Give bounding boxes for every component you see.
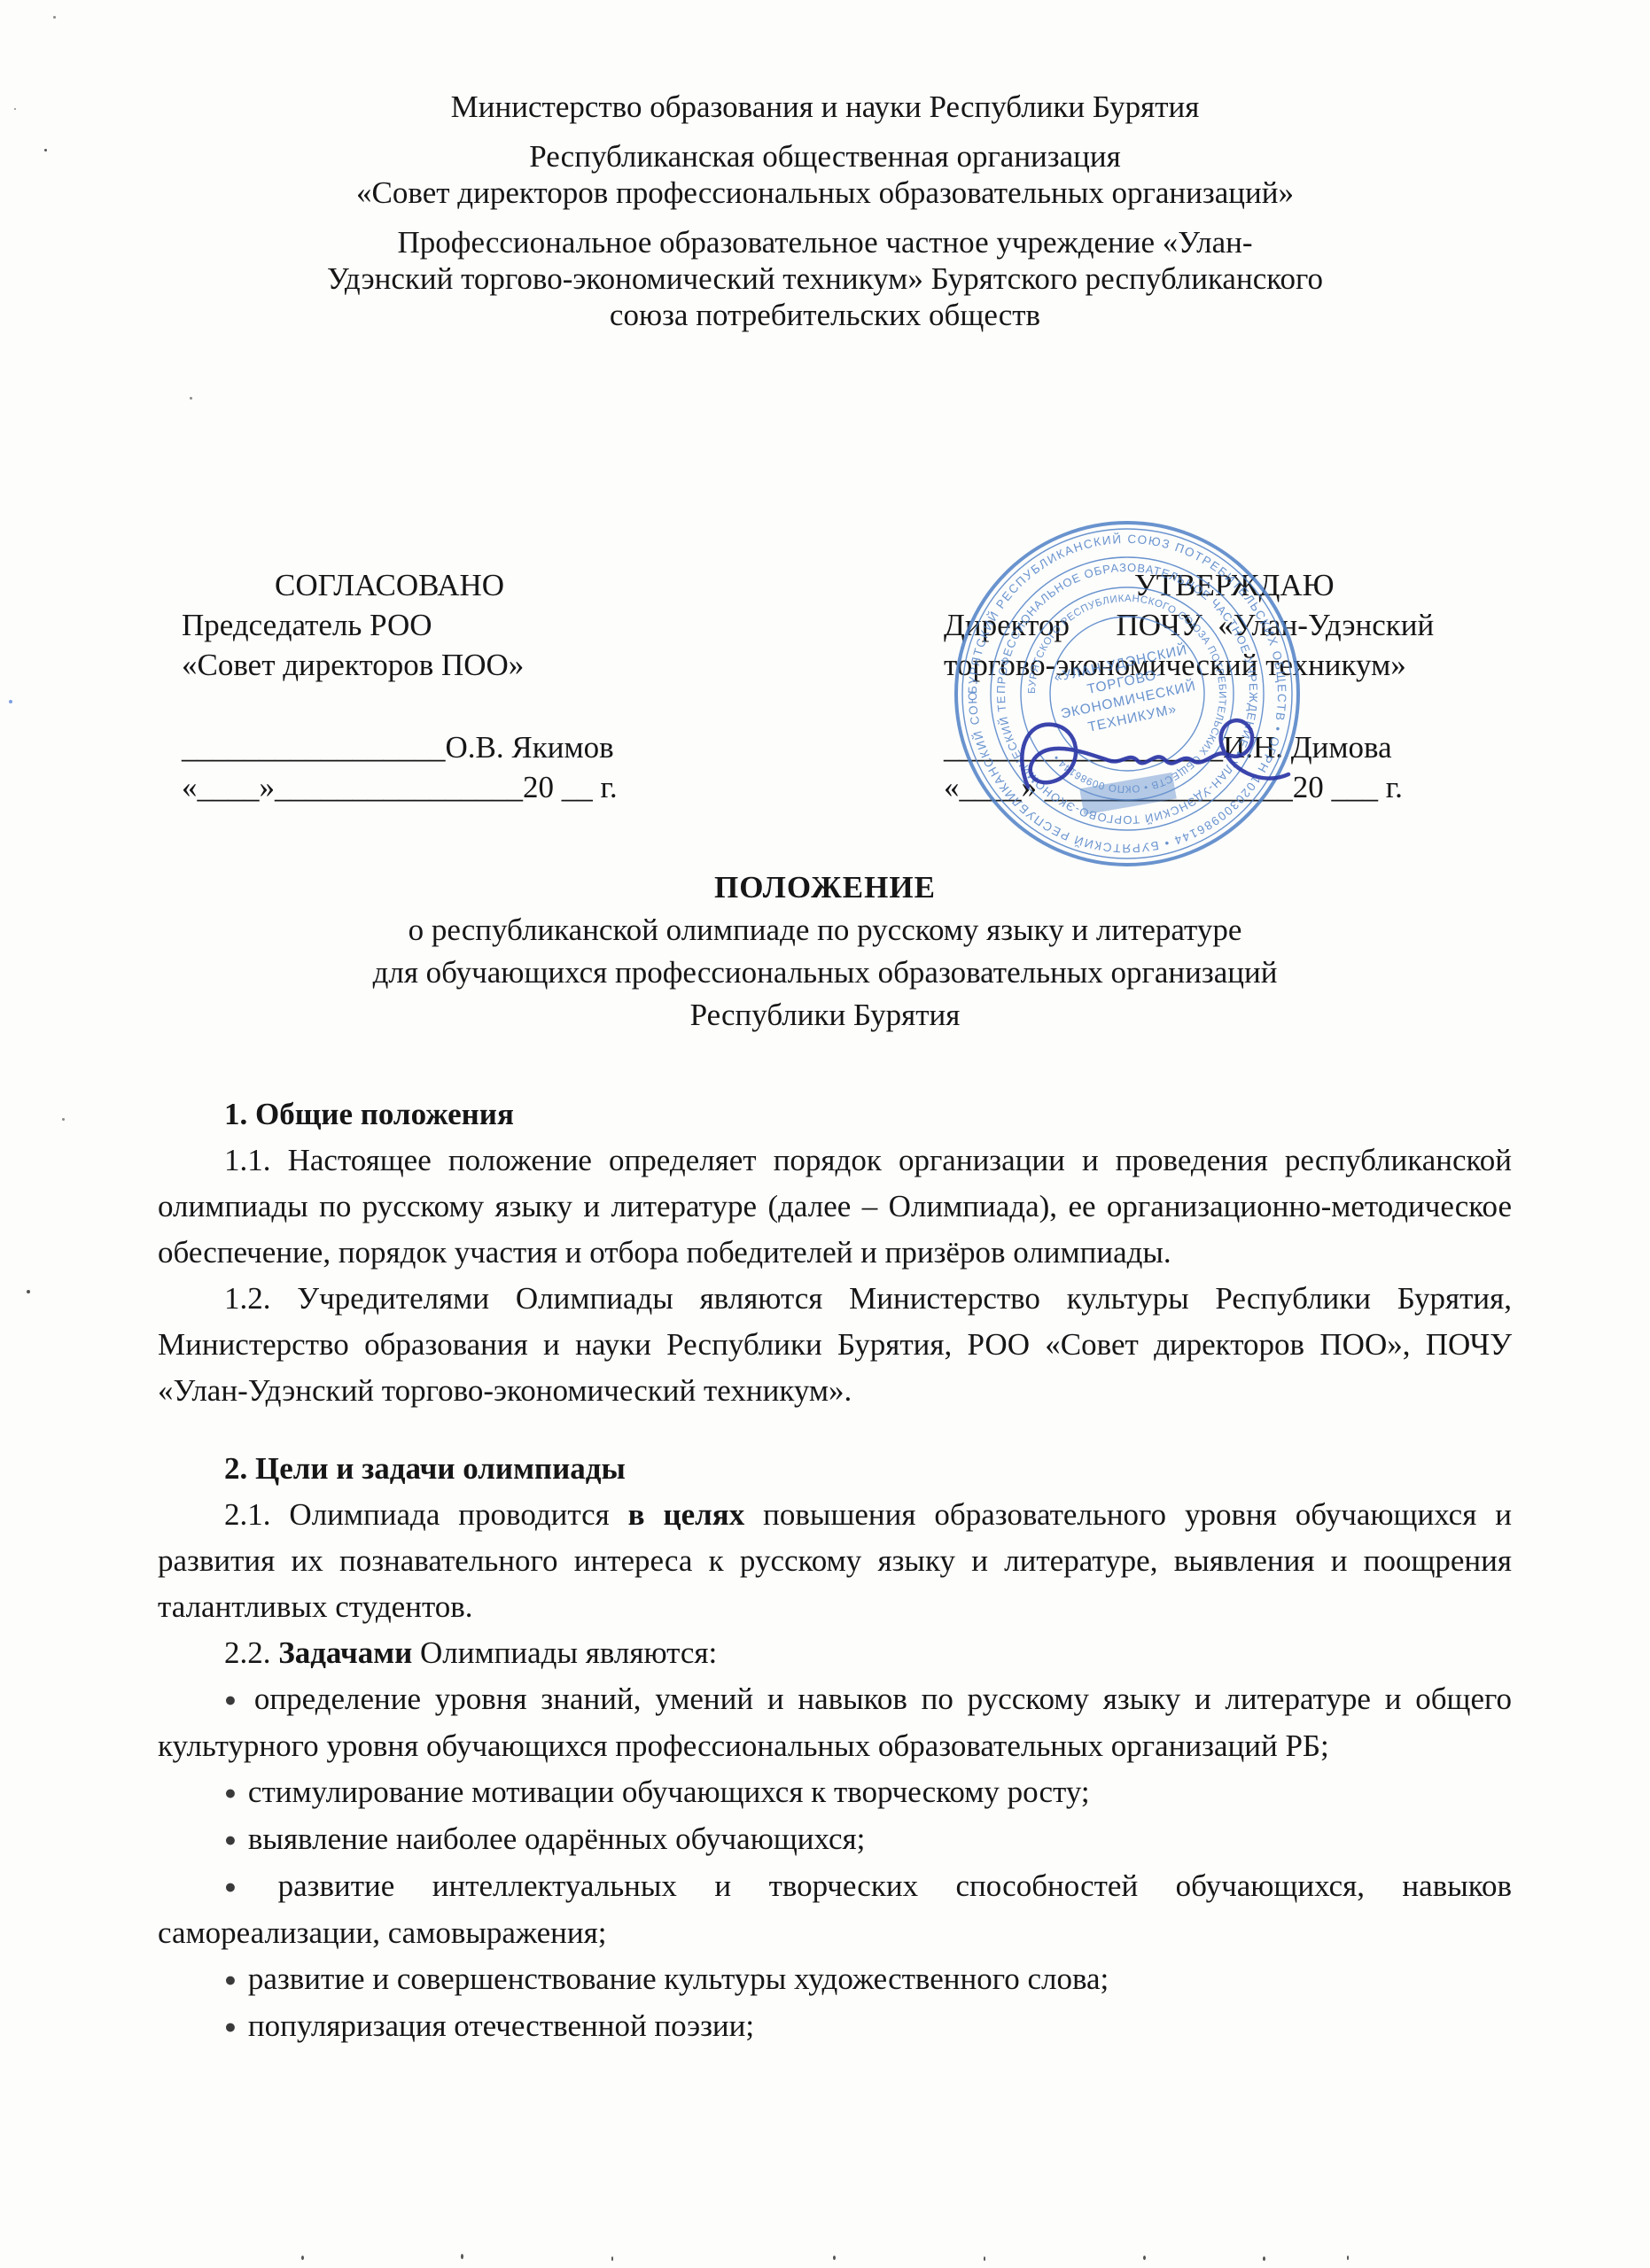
bullet-icon: ●: [224, 1829, 237, 1851]
section-1-heading: 1. Общие положения: [158, 1091, 1512, 1138]
task-bullet-item: ●развитие интеллектуальных и творческих …: [158, 1863, 1512, 1956]
document-page: Министерство образования и науки Республ…: [0, 0, 1650, 2268]
scan-speck: [27, 1290, 30, 1293]
scan-speck: [14, 108, 16, 110]
bullet-text: развитие интеллектуальных и творческих с…: [158, 1868, 1512, 1950]
scan-speck: [301, 2256, 304, 2260]
paragraph-2-2: 2.2. Задачами Олимпиады являются:: [158, 1630, 1512, 1676]
agreed-date-line: «____»________________20 __ г.: [182, 767, 713, 807]
task-bullet-item: ●популяризация отечественной поэзии;: [158, 2003, 1512, 2050]
scan-speck: [44, 149, 47, 151]
paragraph-2-1-bold: в целях: [628, 1497, 745, 1532]
bullet-icon: ●: [224, 2016, 237, 2038]
task-bullet-item: ●развитие и совершенствование культуры х…: [158, 1956, 1512, 2003]
bullet-text: стимулирование мотивации обучающихся к т…: [248, 1775, 1090, 1809]
section-2-heading: 2. Цели и задачи олимпиады: [158, 1446, 1512, 1492]
org-roo-line1: Республиканская общественная организация: [0, 138, 1650, 175]
agreed-signature-line: _________________О.В. Якимов: [182, 727, 713, 767]
document-subtitle-line2: для обучающихся профессиональных образов…: [0, 951, 1650, 994]
org-roo-line2: «Совет директоров профессиональных образ…: [0, 175, 1650, 211]
bullet-icon: ●: [224, 1782, 237, 1804]
scan-speck: [1143, 2256, 1146, 2260]
task-bullet-item: ●определение уровня знаний, умений и нав…: [158, 1676, 1512, 1769]
paragraph-2-2-pre: 2.2.: [224, 1635, 278, 1670]
scan-speck: [1347, 2256, 1349, 2260]
agreed-column: СОГЛАСОВАНО Председатель РОО «Совет дире…: [182, 565, 713, 807]
agreed-role-line2: «Совет директоров ПОО»: [182, 645, 713, 685]
agreed-role-line1: Председатель РОО: [182, 605, 713, 645]
paragraph-1-1: 1.1. Настоящее положение определяет поря…: [158, 1138, 1512, 1276]
paragraph-2-1-pre: 2.1. Олимпиада проводится: [224, 1497, 628, 1532]
scan-speck: [190, 397, 192, 400]
scan-speck: [833, 2256, 836, 2260]
bullet-text: развитие и совершенствование культуры ху…: [248, 1961, 1109, 1996]
org-pochu-line2: Удэнский торгово-экономический техникум»…: [0, 260, 1650, 297]
document-title: ПОЛОЖЕНИЕ: [0, 866, 1650, 909]
task-bullet-item: ●стимулирование мотивации обучающихся к …: [158, 1769, 1512, 1816]
bullet-icon: ●: [224, 1876, 267, 1898]
scan-speck: [984, 2256, 985, 2261]
paragraph-2-2-post: Олимпиады являются:: [412, 1635, 717, 1670]
bullet-text: выявление наиболее одарённых обучающихся…: [248, 1821, 865, 1856]
task-bullet-item: ●выявление наиболее одарённых обучающихс…: [158, 1816, 1512, 1863]
scan-speck: [53, 16, 56, 19]
paragraph-2-2-bold: Задачами: [278, 1635, 412, 1670]
paragraph-2-1: 2.1. Олимпиада проводится в целях повыше…: [158, 1492, 1512, 1630]
document-title-block: ПОЛОЖЕНИЕ о республиканской олимпиаде по…: [0, 866, 1650, 1037]
paragraph-1-2: 1.2. Учредителями Олимпиады являются Мин…: [158, 1276, 1512, 1414]
document-subtitle-line1: о республиканской олимпиаде по русскому …: [0, 909, 1650, 951]
org-pochu-line3: союза потребительских обществ: [0, 297, 1650, 333]
letterhead: Министерство образования и науки Республ…: [0, 0, 1650, 333]
bullet-text: популяризация отечественной поэзии;: [248, 2008, 754, 2043]
bullet-icon: ●: [224, 1689, 243, 1711]
bullet-icon: ●: [224, 1969, 237, 1991]
scan-speck: [62, 1118, 65, 1121]
director-signature-ink: [1000, 698, 1310, 831]
org-pochu-line1: Профессиональное образовательное частное…: [0, 224, 1650, 260]
agreed-title: СОГЛАСОВАНО: [182, 565, 713, 605]
ministry-line: Министерство образования и науки Республ…: [0, 89, 1650, 125]
scan-speck: [611, 2256, 613, 2261]
approval-block: СОГЛАСОВАНО Председатель РОО «Совет дире…: [0, 565, 1650, 824]
document-subtitle-line3: Республики Бурятия: [0, 994, 1650, 1037]
bullet-text: определение уровня знаний, умений и навы…: [158, 1682, 1512, 1763]
document-body: 1. Общие положения 1.1. Настоящее положе…: [158, 1091, 1512, 2050]
scan-speck: [1263, 2256, 1265, 2261]
scan-speck: [461, 2254, 463, 2259]
